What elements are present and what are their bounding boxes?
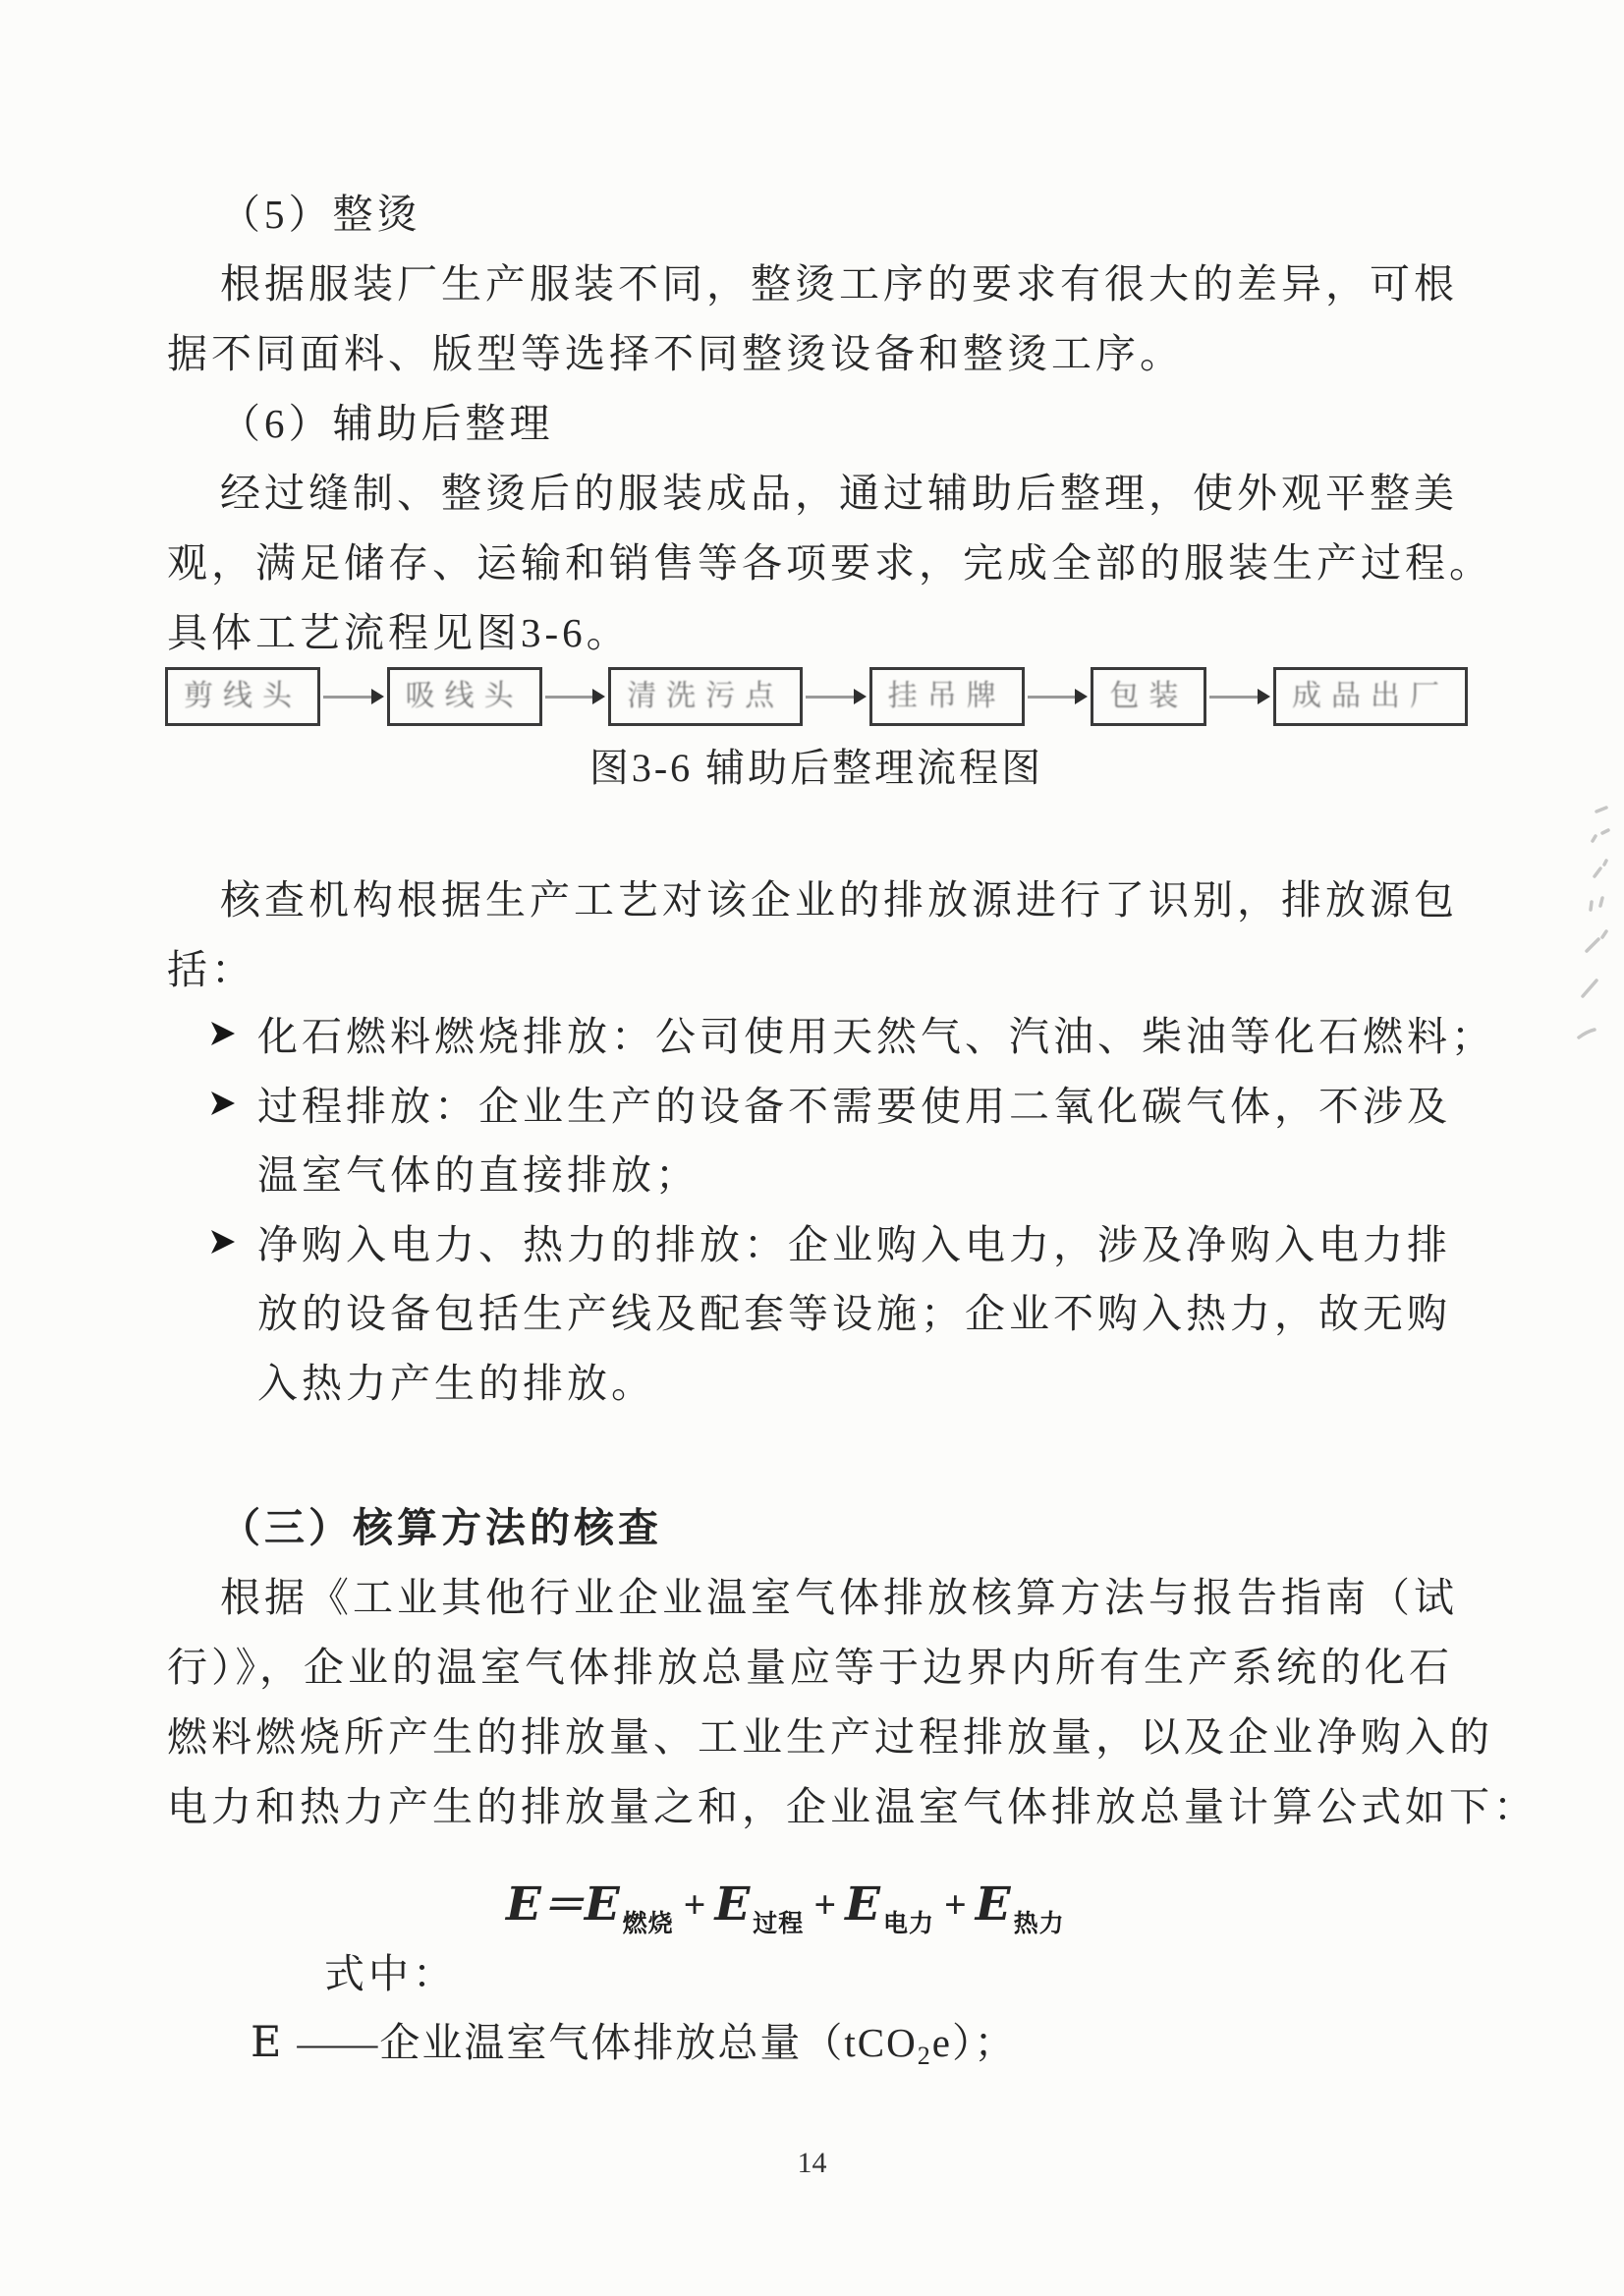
formula-subscript: 过程 (753, 1911, 804, 1937)
arrow-right-icon (545, 689, 606, 704)
flowchart-step-label: 清洗污点 (627, 678, 784, 715)
flowchart-step-label: 包装 (1109, 678, 1188, 715)
list-item: 化石燃料燃烧排放：公司使用天然气、汽油、柴油等化石燃料； (167, 1002, 1474, 1072)
section3: （三）核算方法的核查 根据《工业其他行业企业温室气体排放核算方法与报告指南（试 … (167, 1493, 1474, 1842)
formula-term: E (845, 1877, 880, 1932)
flowchart-step-label: 挂吊牌 (888, 678, 1006, 715)
definition-text: e）； (932, 2020, 1017, 2065)
list-item: 过程排放：企业生产的设备不需要使用二氧化碳气体，不涉及 温室气体的直接排放； (167, 1072, 1474, 1210)
flowchart-step-box: 包装 (1091, 667, 1206, 726)
flowchart-step-label: 成品出厂 (1292, 678, 1449, 715)
definition-dash: —— (297, 2020, 377, 2065)
emission-bullet-list: 化石燃料燃烧排放：公司使用天然气、汽油、柴油等化石燃料； 过程排放：企业生产的设… (167, 1002, 1474, 1418)
item5-line2: 据不同面料、版型等选择不同整烫设备和整烫工序。 (167, 319, 1474, 389)
figure-caption: 图3-6 辅助后整理流程图 (167, 737, 1466, 793)
bullet-line: 化石燃料燃烧排放：公司使用天然气、汽油、柴油等化石燃料； (257, 1002, 1495, 1072)
flowchart-step-label: 剪线头 (184, 678, 302, 715)
bullet-text: 化石燃料燃烧排放：公司使用天然气、汽油、柴油等化石燃料； (257, 1002, 1495, 1072)
bullet-arrow-icon (208, 1072, 257, 1122)
flowchart-step-box: 成品出厂 (1273, 667, 1468, 726)
formula-lhs: E (506, 1877, 541, 1932)
formula-plus: + (944, 1882, 967, 1927)
definition-symbol: E (251, 2018, 283, 2067)
bullet-arrow-icon (208, 1210, 257, 1260)
arrow-right-icon (806, 689, 867, 704)
formula-plus: + (813, 1882, 836, 1927)
bullet-line: 净购入电力、热力的排放：企业购入电力，涉及净购入电力排 (257, 1210, 1474, 1280)
formula-subscript: 电力 (883, 1911, 934, 1937)
flowchart-step-box: 剪线头 (165, 667, 320, 726)
formula-term: E (714, 1877, 750, 1932)
page-number: 14 (0, 2147, 1624, 2180)
document-page: （5）整烫 根据服装厂生产服装不同，整烫工序的要求有很大的差异，可根 据不同面料… (0, 0, 1624, 2296)
item6-line1: 经过缝制、整烫后的服装成品，通过辅助后整理，使外观平整美 (167, 459, 1474, 529)
bullet-text: 净购入电力、热力的排放：企业购入电力，涉及净购入电力排 放的设备包括生产线及配套… (257, 1210, 1474, 1419)
formula-where-label: 式中： (324, 1941, 457, 1999)
item6-line2: 观，满足储存、运输和销售等各项要求，完成全部的服装生产过程。 (167, 529, 1474, 598)
bullet-line: 入热力产生的排放。 (257, 1349, 1474, 1419)
flowchart-step-label: 吸线头 (406, 678, 524, 715)
definition-subscript: 2 (918, 2042, 932, 2070)
bullet-line: 放的设备包括生产线及配套等设施；企业不购入热力，故无购 (257, 1279, 1474, 1349)
arrow-right-icon (323, 689, 384, 704)
flowchart-step-box: 吸线头 (387, 667, 542, 726)
section3-line3: 燃料燃烧所产生的排放量、工业生产过程排放量，以及企业净购入的 (167, 1703, 1474, 1772)
emission-intro: 核查机构根据生产工艺对该企业的排放源进行了识别，排放源包 括： (167, 866, 1474, 1005)
bullet-line: 温室气体的直接排放； (257, 1141, 1474, 1210)
formula-term: E (976, 1877, 1011, 1932)
list-item: 净购入电力、热力的排放：企业购入电力，涉及净购入电力排 放的设备包括生产线及配套… (167, 1210, 1474, 1419)
formula-equals: ＝ (541, 1881, 585, 1930)
formula-plus: + (684, 1882, 706, 1927)
section3-line1: 根据《工业其他行业企业温室气体排放核算方法与报告指南（试 (167, 1563, 1474, 1633)
section3-heading: （三）核算方法的核查 (167, 1493, 1474, 1563)
emission-intro-line2: 括： (167, 935, 1474, 1005)
flowchart-step-box: 清洗污点 (608, 667, 803, 726)
arrow-right-icon (1209, 689, 1270, 704)
section3-line4: 电力和热力产生的排放量之和，企业温室气体排放总量计算公式如下： (167, 1772, 1474, 1842)
bullet-text: 过程排放：企业生产的设备不需要使用二氧化碳气体，不涉及 温室气体的直接排放； (257, 1072, 1474, 1210)
definition-text: 企业温室气体排放总量（tCO (379, 2020, 917, 2065)
arrow-right-icon (1028, 689, 1089, 704)
bullet-line: 过程排放：企业生产的设备不需要使用二氧化碳气体，不涉及 (257, 1072, 1474, 1142)
flowchart-step-box: 挂吊牌 (869, 667, 1025, 726)
formula-subscript: 热力 (1014, 1911, 1065, 1937)
symbol-definition: E——企业温室气体排放总量（tCO2e）； (251, 2010, 1016, 2071)
formula-term: E (585, 1877, 620, 1932)
paragraph-items-5-6: （5）整烫 根据服装厂生产服装不同，整烫工序的要求有很大的差异，可根 据不同面料… (167, 180, 1474, 668)
bullet-arrow-icon (208, 1002, 257, 1052)
item5-line1: 根据服装厂生产服装不同，整烫工序的要求有很大的差异，可根 (167, 250, 1474, 319)
emission-intro-line1: 核查机构根据生产工艺对该企业的排放源进行了识别，排放源包 (167, 866, 1474, 935)
item6-line3: 具体工艺流程见图3-6。 (167, 598, 1474, 668)
margin-smudge-artifact (1557, 804, 1616, 1089)
emission-formula: E＝E燃烧+E过程+E电力+E热力 (506, 1870, 1066, 1939)
formula-subscript: 燃烧 (623, 1911, 674, 1937)
section3-line2: 行）》，企业的温室气体排放总量应等于边界内所有生产系统的化石 (167, 1633, 1474, 1703)
flowchart-figure: 剪线头 吸线头 清洗污点 挂吊牌 包装 成品出厂 (165, 664, 1468, 729)
item5-heading: （5）整烫 (167, 180, 1474, 250)
item6-heading: （6）辅助后整理 (167, 389, 1474, 459)
